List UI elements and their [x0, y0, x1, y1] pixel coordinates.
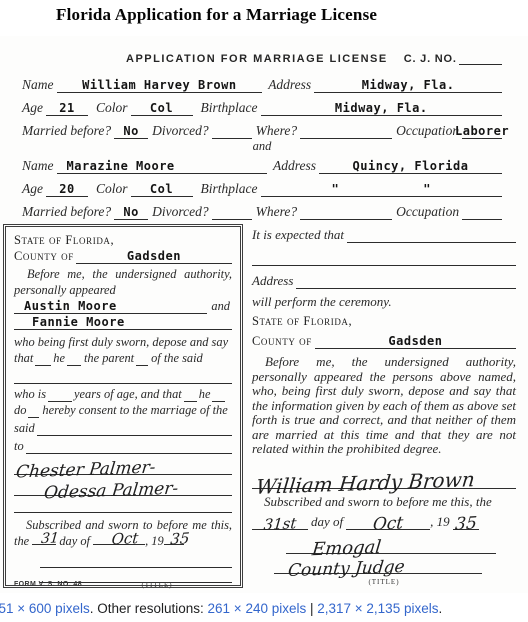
resolution-separator: | [306, 601, 317, 616]
applicant2-color-line: Col [131, 173, 193, 197]
applicant2-age-row: Age 20 Color Col Birthplace " " [22, 174, 502, 197]
expected-label: It is expected that [252, 227, 347, 244]
left-year-value: 35 [157, 530, 189, 548]
other-resolutions-label: Other resolutions: [93, 601, 207, 616]
right-state-line: State of Florida, [252, 310, 516, 329]
occupation-label: Occupation [392, 123, 462, 139]
applicant1-occupation-line: Laborer [462, 115, 502, 139]
right-year-value: 35 [454, 515, 477, 533]
divorced-label: Divorced? [148, 123, 211, 139]
applicant1-color-line: Col [131, 92, 193, 116]
form-header-title: APPLICATION FOR MARRIAGE LICENSE [126, 53, 388, 65]
applicant1-married-value: No [123, 125, 138, 138]
judge-title-row: County Judge [274, 554, 482, 574]
applicant1-name-value: William Harvey Brown [82, 79, 237, 92]
applicant2-where-line [300, 196, 392, 220]
blank-line [347, 219, 516, 243]
applicant2-married-line: No [114, 196, 148, 220]
right-county-row: County of Gadsden [252, 329, 516, 349]
left-county-label: County of [14, 248, 76, 264]
left-county-value: Gadsden [127, 250, 181, 263]
applicant1-where-line [300, 115, 392, 139]
blank-line [14, 365, 232, 384]
applicant1-color-value: Col [150, 102, 173, 115]
left-parent-text: the parent [81, 350, 136, 366]
affidavit-text: Before me, the undersigned authority, pe… [252, 355, 516, 457]
left-to-word: to [14, 438, 26, 454]
blank-line [296, 265, 516, 289]
left-signature2: Odessa Palmer- [43, 481, 179, 502]
blank-line [26, 435, 232, 454]
applicant2-address-line: Quincy, Florida [319, 150, 502, 174]
right-month-line: Oct [346, 516, 430, 530]
blank-segment [28, 406, 39, 418]
left-signature1-row: Chester Palmer- [14, 454, 232, 475]
large-resolution-link[interactable]: 2,317 × 2,135 pixels [317, 601, 438, 616]
married-before-label: Married before? [22, 123, 114, 139]
applicant2-color-value: Col [150, 183, 173, 196]
blank-line [40, 550, 232, 568]
scanned-document: APPLICATION FOR MARRIAGE LICENSE C. J. N… [0, 36, 528, 593]
blank-segment [48, 390, 72, 402]
applicant1-occupation-value: Laborer [455, 125, 509, 138]
right-day-line: 31st [252, 516, 308, 530]
applicant2-age-line: 20 [46, 173, 88, 197]
page-title: Florida Application for a Marriage Licen… [56, 5, 377, 25]
left-day-line: 31 [32, 533, 56, 545]
left-that-word: that [14, 350, 35, 366]
applicant2-name-value: Marazine Moore [67, 160, 175, 173]
birthplace-ditto-mark-2: " [423, 183, 431, 196]
left-before-text: Before me, the undersigned authority, pe… [14, 266, 232, 298]
right-county-label: County of [252, 333, 315, 350]
left-title-caption: (TITLE) [82, 577, 232, 593]
form-top-section: APPLICATION FOR MARRIAGE LICENSE C. J. N… [22, 50, 502, 220]
divorced-label-2: Divorced? [148, 204, 211, 220]
left-appeared1-value: Austin Moore [24, 300, 117, 313]
applicant2-address-value: Quincy, Florida [353, 160, 469, 173]
left-and-word: and [207, 298, 232, 314]
applicant1-address-line: Midway, Fla. [314, 69, 502, 93]
left-month-line: Oct [93, 533, 145, 545]
applicant1-name-line: William Harvey Brown [57, 69, 263, 93]
left-day-value: 31 [29, 530, 60, 548]
age-label: Age [22, 100, 46, 116]
applicant1-age-row: Age 21 Color Col Birthplace Midway, Fla. [22, 93, 502, 116]
birthplace-label-2: Birthplace [193, 181, 261, 197]
blank-segment [136, 354, 148, 366]
left-of-said: of the said [148, 350, 205, 366]
left-sworn-line1: who being first duly sworn, depose and s… [14, 334, 232, 350]
left-state-line: State of Florida, [14, 232, 232, 248]
left-consent-text: hereby consent to the marriage of the [39, 402, 229, 418]
left-consent-row: do hereby consent to the marriage of the [14, 402, 232, 418]
left-appeared2-value: Fannie Moore [32, 316, 125, 329]
applicant2-birthplace-line: " " [261, 173, 502, 197]
left-month-value: Oct [99, 530, 139, 548]
form-number: FORM V. S. NO. 48 [14, 577, 82, 593]
left-appeared1-row: Austin Moore and [14, 298, 232, 314]
left-age-consent-row: who is years of age, and that he [14, 386, 232, 402]
blank-line [37, 417, 232, 436]
applicant1-birthplace-line: Midway, Fla. [261, 92, 502, 116]
applicant1-married-line: No [114, 115, 148, 139]
right-year-prefix: , 19 [430, 514, 453, 531]
left-appeared2-line: Fannie Moore [14, 313, 232, 330]
file-page: Florida Application for a Marriage Licen… [0, 0, 528, 622]
color-label-2: Color [88, 181, 131, 197]
applicant1-divorced-line [212, 115, 252, 139]
right-day-value: 31st [263, 515, 297, 533]
cj-no-blank-line [459, 64, 502, 65]
right-month-value: Oct [372, 515, 404, 533]
left-said-row: said [14, 418, 232, 436]
left-do-word: do [14, 402, 28, 418]
applicant2-name-line: Marazine Moore [57, 150, 267, 174]
address-label-2: Address [267, 158, 319, 174]
small-resolution-link[interactable]: 261 × 240 pixels [208, 601, 307, 616]
birthplace-label: Birthplace [193, 100, 261, 116]
applicant2-divorced-line [212, 196, 252, 220]
occupation-label-2: Occupation [392, 204, 462, 220]
left-county-line: Gadsden [76, 247, 232, 264]
right-blank-row [252, 243, 516, 266]
name-label: Name [22, 77, 57, 93]
name-label-2: Name [22, 158, 57, 174]
left-he2: he [197, 386, 213, 402]
where-label-2: Where? [252, 204, 300, 220]
where-label: Where? [252, 123, 300, 139]
left-subscribed-paragraph: Subscribed and sworn to before me this, … [14, 517, 232, 549]
left-to-row: to [14, 436, 232, 454]
left-years-text: years of age, and that [72, 386, 184, 402]
applicant1-married-row: Married before? No Divorced? Where? Occu… [22, 116, 502, 139]
applicant1-address-value: Midway, Fla. [362, 79, 455, 92]
right-day-of-label: day of [308, 514, 346, 531]
blank-segment [184, 390, 197, 402]
left-blank-row-3 [40, 551, 232, 568]
left-year-line: 35 [164, 533, 184, 545]
applicant2-married-row: Married before? No Divorced? Where? Occu… [22, 197, 502, 220]
left-sworn-line2: that he the parent of the said [14, 350, 232, 366]
address-label: Address [262, 77, 314, 93]
judge-signature-row: Emogal [286, 532, 496, 554]
left-who-is: who is [14, 386, 48, 402]
left-said-word: said [14, 420, 37, 436]
left-county-row: County of Gadsden [14, 248, 232, 264]
applicant2-name-row: Name Marazine Moore Address Quincy, Flor… [22, 151, 502, 174]
left-appeared1-line: Austin Moore [14, 297, 207, 314]
blank-segment [212, 390, 225, 402]
current-size-link[interactable]: 651 × 600 pixels [0, 601, 90, 616]
judge-title: County Judge [287, 558, 405, 579]
applicant1-name-row: Name William Harvey Brown Address Midway… [22, 70, 502, 93]
right-signature-row: William Hardy Brown [252, 457, 516, 489]
applicant1-birthplace-value: Midway, Fla. [335, 102, 428, 115]
right-address-label: Address [252, 273, 296, 290]
footer-period-2: . [438, 601, 442, 616]
right-expected-row: It is expected that [252, 220, 516, 243]
right-county-value: Gadsden [388, 335, 442, 348]
applicant2-married-value: No [123, 206, 138, 219]
affidavit-panel: It is expected that Address will perform… [252, 220, 516, 591]
image-resolution-info: 651 × 600 pixels. Other resolutions: 261… [0, 601, 442, 616]
left-appeared2-row: Fannie Moore [14, 314, 232, 330]
blank-segment [35, 354, 51, 366]
right-date-row: 31st day of Oct , 19 35 [252, 510, 516, 530]
left-he1: he [51, 350, 67, 366]
parental-consent-panel: State of Florida, County of Gadsden Befo… [3, 224, 243, 588]
applicant2-age-value: 20 [59, 183, 74, 196]
left-signature2-row: Odessa Palmer- [14, 475, 232, 496]
applicant1-age-line: 21 [46, 92, 88, 116]
applicant1-age-value: 21 [59, 102, 74, 115]
applicant-signature: William Hardy Brown [255, 471, 475, 495]
right-county-line: Gadsden [315, 328, 516, 349]
blank-line [252, 242, 516, 266]
left-caption-row: FORM V. S. NO. 48 (TITLE) [14, 583, 232, 593]
left-day-of-label: day of [59, 534, 90, 548]
color-label: Color [88, 100, 131, 116]
blank-segment [67, 354, 81, 366]
applicant2-occupation-line [462, 196, 502, 220]
ceremony-text: will perform the ceremony. [252, 289, 516, 310]
age-label-2: Age [22, 181, 46, 197]
form-header: APPLICATION FOR MARRIAGE LICENSE C. J. N… [22, 50, 502, 65]
birthplace-ditto-mark-1: " [332, 183, 340, 196]
right-address-row: Address [252, 266, 516, 289]
right-year-line: 35 [453, 516, 479, 530]
cj-no-label: C. J. NO. [404, 53, 457, 65]
married-before-label-2: Married before? [22, 204, 114, 220]
left-blank-row [14, 366, 232, 384]
